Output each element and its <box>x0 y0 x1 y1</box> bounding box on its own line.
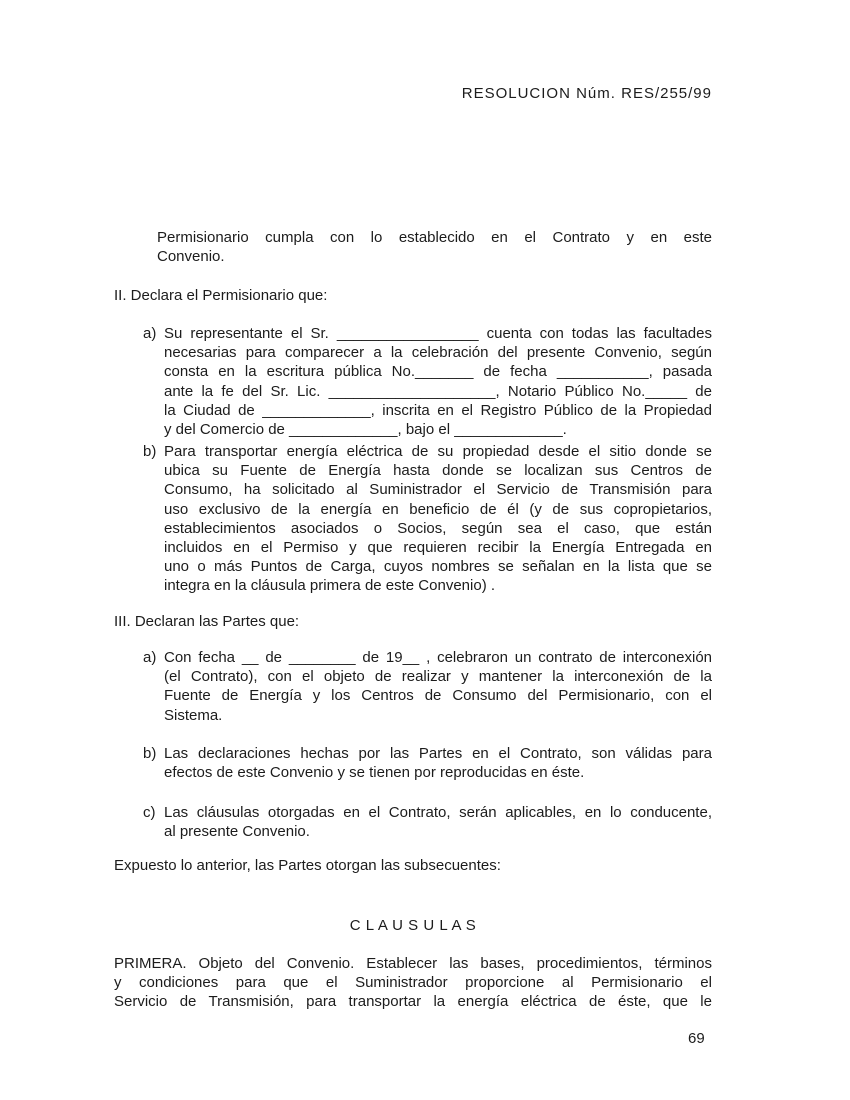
text-line: la Ciudad de _____________, inscrita en … <box>164 401 712 420</box>
text-line: PRIMERA. Objeto del Convenio. Establecer… <box>114 954 712 973</box>
item-marker: b) <box>143 744 156 763</box>
item-text: Las cláusulas otorgadas en el Contrato, … <box>164 803 712 841</box>
primera-clause-paragraph: PRIMERA. Objeto del Convenio. Establecer… <box>114 954 712 1012</box>
text-line: Para transportar energía eléctrica de su… <box>164 442 712 461</box>
section-ii-heading: II. Declara el Permisionario que: <box>114 286 712 305</box>
text-line: Convenio. <box>157 247 712 266</box>
page-number: 69 <box>688 1029 705 1048</box>
text-line: ubica su Fuente de Energía hasta donde s… <box>164 461 712 480</box>
section-iii-item-a: a) Con fecha __ de ________ de 19__ , ce… <box>143 648 712 725</box>
item-text: Las declaraciones hechas por las Partes … <box>164 744 712 782</box>
text-line: Las declaraciones hechas por las Partes … <box>164 744 712 763</box>
text-line: Las cláusulas otorgadas en el Contrato, … <box>164 803 712 822</box>
text-line: uso exclusivo de la energía en beneficio… <box>164 500 712 519</box>
document-page: RESOLUCION Núm. RES/255/99 Permisionario… <box>0 0 850 1100</box>
item-text: Su representante el Sr. ________________… <box>164 324 712 439</box>
item-marker: c) <box>143 803 156 822</box>
text-line: Permisionario cumpla con lo establecido … <box>157 228 712 247</box>
item-marker: b) <box>143 442 156 461</box>
section-ii-item-b: b) Para transportar energía eléctrica de… <box>143 442 712 596</box>
section-ii-item-a: a) Su representante el Sr. _____________… <box>143 324 712 439</box>
item-text: Para transportar energía eléctrica de su… <box>164 442 712 596</box>
text-line: Su representante el Sr. ________________… <box>164 324 712 343</box>
text-line: incluidos en el Permiso y que requieren … <box>164 538 712 557</box>
clausulas-title: C L A U S U L A S <box>114 916 712 935</box>
text-line: (el Contrato), con el objeto de realizar… <box>164 667 712 686</box>
text-line: Con fecha __ de ________ de 19__ , celeb… <box>164 648 712 667</box>
section-iii-item-b: b) Las declaraciones hechas por las Part… <box>143 744 712 782</box>
text-line: Fuente de Energía y los Centros de Consu… <box>164 686 712 705</box>
text-line: Consumo, ha solicitado al Suministrador … <box>164 480 712 499</box>
text-line: Servicio de Transmisión, para transporta… <box>114 992 712 1011</box>
section-iii-item-c: c) Las cláusulas otorgadas en el Contrat… <box>143 803 712 841</box>
item-marker: a) <box>143 648 156 667</box>
text-line: ante la fe del Sr. Lic. ________________… <box>164 382 712 401</box>
text-line: necesarias para comparecer a la celebrac… <box>164 343 712 362</box>
closing-paragraph: Expuesto lo anterior, las Partes otorgan… <box>114 856 712 875</box>
section-iii-heading: III. Declaran las Partes que: <box>114 612 712 631</box>
text-line: Sistema. <box>164 706 712 725</box>
text-line: consta en la escritura pública No.______… <box>164 362 712 381</box>
text-line: establecimientos asociados o Socios, seg… <box>164 519 712 538</box>
text-line: y condiciones para que el Suministrador … <box>114 973 712 992</box>
resolution-number: RESOLUCION Núm. RES/255/99 <box>0 84 712 103</box>
text-line: uno o más Puntos de Carga, cuyos nombres… <box>164 557 712 576</box>
text-line: integra en la cláusula primera de este C… <box>164 576 712 595</box>
intro-paragraph: Permisionario cumpla con lo establecido … <box>157 228 712 266</box>
item-text: Con fecha __ de ________ de 19__ , celeb… <box>164 648 712 725</box>
item-marker: a) <box>143 324 156 343</box>
text-line: y del Comercio de _____________, bajo el… <box>164 420 712 439</box>
text-line: efectos de este Convenio y se tienen por… <box>164 763 712 782</box>
text-line: al presente Convenio. <box>164 822 712 841</box>
